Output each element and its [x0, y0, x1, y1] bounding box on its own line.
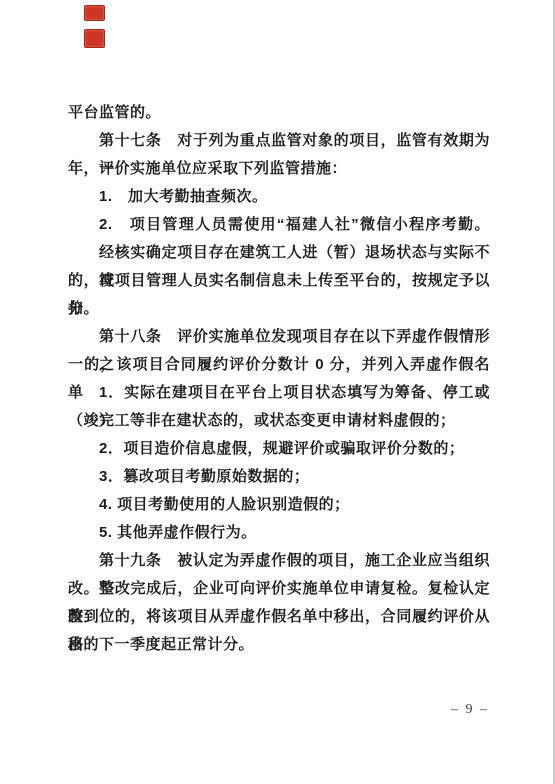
- doc-line: 经核实确定项目存在建筑工人进（暂）退场状态与实际不符: [68, 239, 490, 267]
- doc-line: 分。: [68, 295, 490, 323]
- doc-line: 1. 加大考勤抽查频次。: [68, 183, 490, 211]
- doc-line: 出的下一季度起正常计分。: [68, 631, 490, 659]
- doc-line: 2. 项目管理人员需使用“福建人社”微信小程序考勤。: [68, 211, 490, 239]
- doc-line: 第十九条 被认定为弄虚作假的项目，施工企业应当组织整: [68, 547, 490, 575]
- doc-line: （竣）工等非在建状态的，或状态变更申请材料虚假的；: [68, 407, 490, 435]
- document-page: 平台监管的。 第十七条 对于列为重点监管对象的项目，监管有效期为一 年，评价实施…: [0, 0, 555, 784]
- doc-line: 第十八条 评价实施单位发现项目存在以下弄虚作假情形之: [68, 323, 490, 351]
- doc-line: 平台监管的。: [68, 99, 490, 127]
- doc-line: 5. 其他弄虚作假行为。: [68, 519, 490, 547]
- doc-line: 第十七条 对于列为重点监管对象的项目，监管有效期为一: [68, 127, 490, 155]
- doc-line: 年，评价实施单位应采取下列监管措施：: [68, 155, 490, 183]
- doc-line: 4. 项目考勤使用的人脸识别造假的；: [68, 491, 490, 519]
- page-number: – 9 –: [451, 702, 489, 718]
- doc-line: 1．实际在建项目在平台上项目状态填写为筹备、停工或完: [68, 379, 490, 407]
- doc-line: 改到位的，将该项目从弄虚作假名单中移出，合同履约评价从移: [68, 603, 490, 631]
- document-body: 平台监管的。 第十七条 对于列为重点监管对象的项目，监管有效期为一 年，评价实施…: [68, 99, 490, 659]
- red-stamp-mark-icon: [84, 5, 105, 21]
- doc-line: 一的，该项目合同履约评价分数计 0 分，并列入弄虚作假名单：: [68, 351, 490, 379]
- doc-line: 2．项目造价信息虚假，规避评价或骗取评价分数的；: [68, 435, 490, 463]
- doc-line: 3．篡改项目考勤原始数据的；: [68, 463, 490, 491]
- red-stamp-mark-icon: [84, 29, 105, 48]
- doc-line: 改。整改完成后，企业可向评价实施单位申请复检。复检认定整: [68, 575, 490, 603]
- doc-line: 的，或项目管理人员实名制信息未上传至平台的，按规定予以扣: [68, 267, 490, 295]
